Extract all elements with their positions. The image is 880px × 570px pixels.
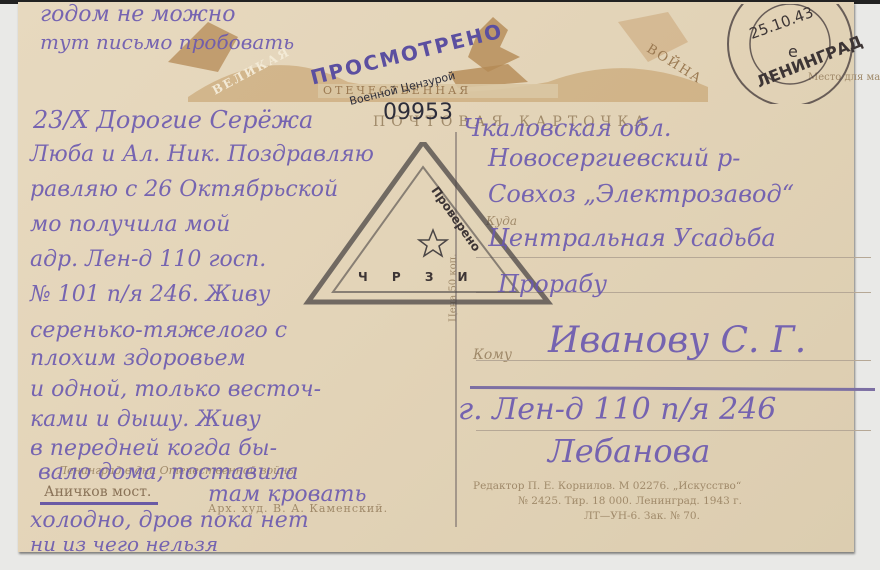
address-line-text: Новосергиевский р- <box>488 144 740 172</box>
message-line: адр. Лен-д 110 госп. <box>30 247 266 272</box>
message-line: равляю с 26 Октябрьской <box>30 177 338 202</box>
message-line: и одной, только весточ- <box>30 377 321 402</box>
message-line: в передней когда бы- <box>30 436 277 461</box>
caption-underline <box>40 502 158 505</box>
message-line: № 101 п/я 246. Живу <box>30 282 270 307</box>
handwritten-top-line: тут письмо пробовать <box>40 30 294 54</box>
censor-stamp-number: 09953 <box>383 100 453 125</box>
message-line: серенько-тяжелого с <box>30 318 287 343</box>
sender-address: г. Лен-д 110 п/я 246 <box>458 392 776 427</box>
sender-name: Лебанова <box>548 432 710 470</box>
imprint-line-1: Редактор П. Е. Корнилов. М 02276. „Искус… <box>473 480 741 492</box>
caption-title: Аничков мост. <box>44 484 151 500</box>
message-line: ни из чего нельзя <box>30 532 218 556</box>
address-line-text: Центральная Усадьба <box>488 224 776 252</box>
message-line: Люба и Ал. Ник. Поздравляю <box>30 142 374 167</box>
address-line-text: Прорабу <box>498 270 607 298</box>
address-line <box>476 430 871 431</box>
address-line-text: Чкаловская обл. <box>463 114 672 142</box>
message-line: плохим здоровьем <box>30 346 246 371</box>
triangle-stamp-bottom: Ч Р З И <box>358 270 478 284</box>
imprint-line-2: № 2425. Тир. 18 000. Ленинград. 1943 г. <box>518 495 742 507</box>
message-line: 23/X Дорогие Серёжа <box>33 106 313 134</box>
message-line: там кровать <box>208 482 366 507</box>
message-line: ками и дышу. Живу <box>30 407 261 432</box>
handwritten-top-line: годом не можно <box>40 2 236 27</box>
message-line: мо получила мой <box>30 212 230 237</box>
message-line: холодно, дров пока нет <box>30 508 309 533</box>
recipient-name: Иванову С. Г. <box>548 320 806 361</box>
address-line-text: Совхоз „Электрозавод“ <box>488 180 794 208</box>
handwritten-underline <box>470 386 875 391</box>
postcard: ВЕЛИКАЯ ОТЕЧЕСТВЕННАЯ ВОЙНА ПОЧТОВАЯ КАР… <box>18 2 854 552</box>
imprint-line-3: ЛТ—УН-6. Зак. № 70. <box>584 510 700 522</box>
